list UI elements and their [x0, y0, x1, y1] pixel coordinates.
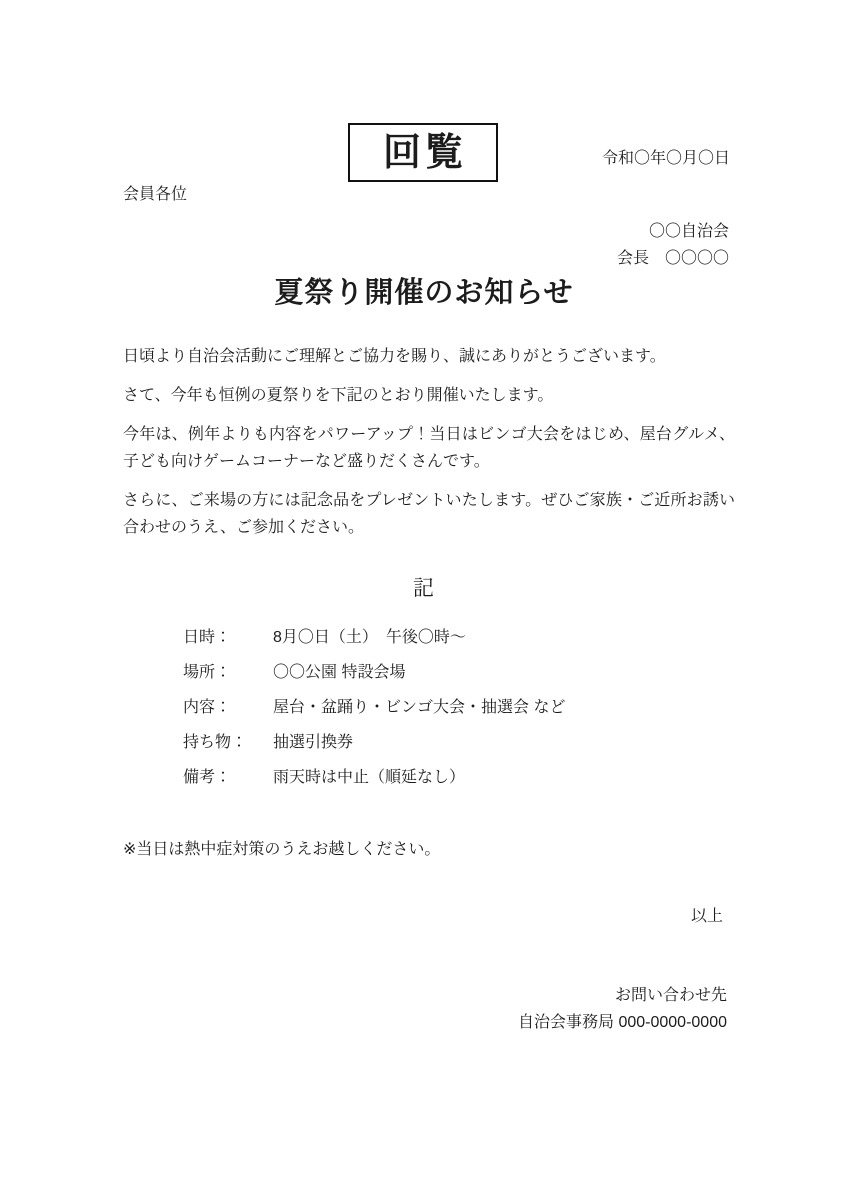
closing-ijou: 以上 — [0, 908, 723, 926]
contact-heading: お問い合わせ先 — [0, 982, 727, 1009]
paragraph-announcement: さて、今年も恒例の夏祭りを下記のとおり開催いたします。 — [123, 382, 735, 409]
detail-value: 抽選引換券 — [273, 734, 353, 752]
detail-label: 備考： — [183, 769, 273, 787]
body-paragraphs: 日頃より自治会活動にご理解とご協力を賜り、誠にありがとうございます。 さて、今年… — [123, 343, 735, 553]
detail-label: 場所： — [183, 664, 273, 682]
detail-label: 日時： — [183, 629, 273, 647]
paragraph-invitation: さらに、ご来場の方には記念品をプレゼントいたします。ぜひご家族・ご近所お誘い合わ… — [123, 487, 735, 541]
detail-label: 内容： — [183, 699, 273, 717]
detail-row-remarks: 備考：雨天時は中止（順延なし） — [183, 769, 565, 787]
detail-value: 雨天時は中止（順延なし） — [273, 769, 465, 787]
detail-row-contents: 内容：屋台・盆踊り・ビンゴ大会・抽選会 など — [183, 699, 565, 717]
details-list: 日時：8月〇日（土） 午後〇時～ 場所：〇〇公園 特設会場 内容：屋台・盆踊り・… — [183, 629, 565, 804]
issue-date: 令和〇年〇月〇日 — [0, 150, 730, 168]
details-heading: 記 — [0, 576, 848, 601]
sender-organization: 〇〇自治会 — [0, 218, 729, 245]
contact-info: 自治会事務局 000-0000-0000 — [0, 1009, 727, 1036]
sender-person: 会長 〇〇〇〇 — [0, 245, 729, 272]
detail-label: 持ち物： — [183, 734, 273, 752]
detail-value: 屋台・盆踊り・ビンゴ大会・抽選会 など — [273, 699, 565, 717]
sender-block: 〇〇自治会 会長 〇〇〇〇 — [0, 218, 729, 272]
paragraph-highlights: 今年は、例年よりも内容をパワーアップ！当日はビンゴ大会をはじめ、屋台グルメ、子ど… — [123, 421, 735, 475]
circular-notice-page: 回覧 令和〇年〇月〇日 会員各位 〇〇自治会 会長 〇〇〇〇 夏祭り開催のお知ら… — [0, 0, 848, 1200]
detail-row-datetime: 日時：8月〇日（土） 午後〇時～ — [183, 629, 565, 647]
detail-row-belongings: 持ち物：抽選引換券 — [183, 734, 565, 752]
contact-block: お問い合わせ先 自治会事務局 000-0000-0000 — [0, 982, 727, 1036]
paragraph-greeting: 日頃より自治会活動にご理解とご協力を賜り、誠にありがとうございます。 — [123, 343, 735, 370]
heatstroke-note: ※当日は熱中症対策のうえお越しください。 — [123, 841, 440, 859]
detail-row-place: 場所：〇〇公園 特設会場 — [183, 664, 565, 682]
detail-value: 〇〇公園 特設会場 — [273, 664, 405, 682]
recipient-line: 会員各位 — [123, 186, 187, 204]
detail-value: 8月〇日（土） 午後〇時～ — [273, 629, 466, 647]
document-title: 夏祭り開催のお知らせ — [0, 276, 848, 311]
